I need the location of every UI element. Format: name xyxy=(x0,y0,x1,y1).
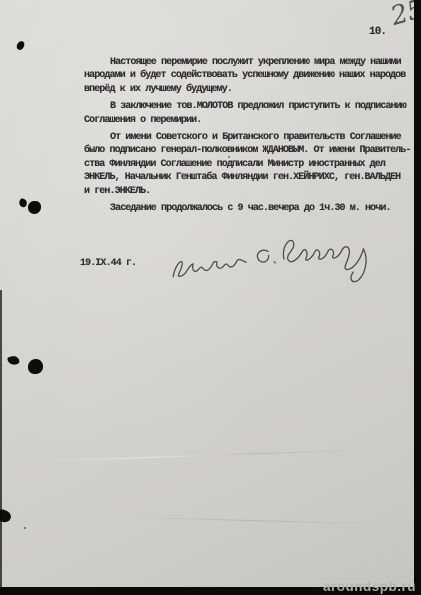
paper-speck xyxy=(24,527,26,529)
typed-page-number: 10. xyxy=(369,26,386,38)
paragraph-4: Заседание продолжалось с 9 час.вечера до… xyxy=(84,202,410,215)
text-line: ства Финляндии Соглашение подписали Мини… xyxy=(84,158,410,171)
paragraph-1: Настоящее перемирие послужит укреплению … xyxy=(84,56,410,96)
paper-crease xyxy=(40,449,370,462)
ink-blot xyxy=(7,355,20,367)
paper-crease xyxy=(120,517,380,525)
site-watermark: aroundspb.ru xyxy=(323,579,416,594)
ink-blot xyxy=(28,359,43,374)
document-date: 19.IX.44 г. xyxy=(80,258,136,269)
text-line: и ген.ЭНКЕЛЬ. xyxy=(84,185,410,198)
text-line: вперёд к их лучшему будущему. xyxy=(84,83,410,96)
paragraph-3: От имени Советского и Британского правит… xyxy=(84,131,410,198)
text-line: Заседание продолжалось с 9 час.вечера до… xyxy=(84,202,410,215)
handwritten-signature xyxy=(165,215,380,305)
text-line: ЭНКЕЛЬ, Начальник Генштаба Финляндии ген… xyxy=(84,171,410,184)
text-line: Соглашения о перемирии. xyxy=(84,114,410,127)
text-line: народами и будет содействовать успешному… xyxy=(84,69,410,82)
paragraph-2: В заключение тов.МОЛОТОВ предложил прист… xyxy=(84,100,410,127)
ink-blot xyxy=(16,40,25,51)
document-body-text: Настоящее перемирие послужит укреплению … xyxy=(84,56,410,215)
text-line: В заключение тов.МОЛОТОВ предложил прист… xyxy=(84,100,410,113)
ink-blot xyxy=(18,198,29,209)
scan-edge-left xyxy=(0,290,2,595)
paper-speck xyxy=(228,156,230,158)
text-line: От имени Советского и Британского правит… xyxy=(84,131,410,144)
ink-blot xyxy=(28,201,41,214)
scan-edge-right xyxy=(414,0,421,595)
text-line: было подписано генерал-полковником ЖДАНО… xyxy=(84,144,410,157)
scanned-document-page: 25 10. Настоящее перемирие послужит укре… xyxy=(0,0,421,595)
text-line: Настоящее перемирие послужит укреплению … xyxy=(84,56,410,69)
